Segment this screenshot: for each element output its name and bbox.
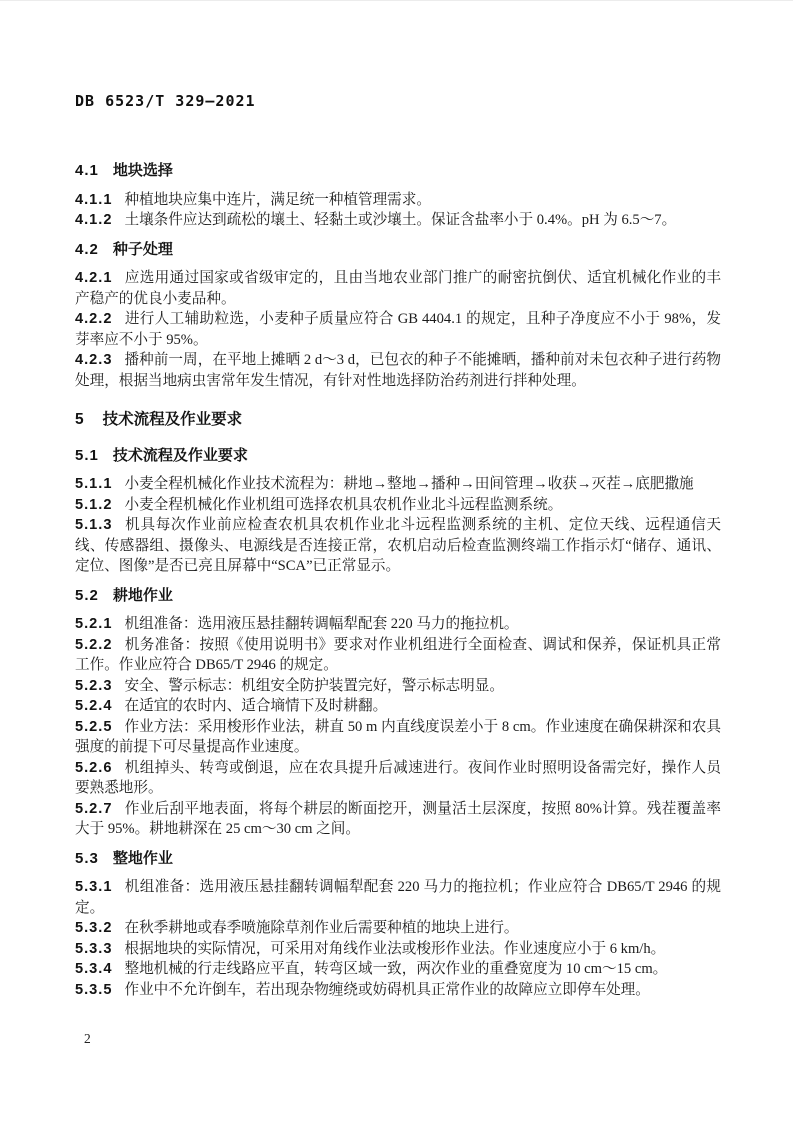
clause: 4.2.2进行人工辅助粒选，小麦种子质量应符合 GB 4404.1 的规定，且种… xyxy=(75,309,721,350)
clause: 4.2.3播种前一周，在平地上摊晒 2 d～3 d，已包衣的种子不能摊晒，播种前… xyxy=(75,350,721,391)
clause-text: 技术流程及作业要求 xyxy=(103,411,243,428)
section-heading: 4.2种子处理 xyxy=(75,240,721,261)
section-heading: 5技术流程及作业要求 xyxy=(75,410,721,431)
document-page: DB 6523/T 329—2021 4.1地块选择 4.1.1种植地块应集中连… xyxy=(0,0,793,1123)
clause: 5.2.1机组准备：选用液压悬挂翻转调幅犁配套 220 马力的拖拉机。 xyxy=(75,614,721,635)
clause-text: 整地机械的行走线路应平直，转弯区域一致，两次作业的重叠宽度为 10 cm～15 … xyxy=(124,961,667,977)
clause-number: 5.3.5 xyxy=(75,982,112,998)
clause-text: 根据地块的实际情况，可采用对角线作业法或梭形作业法。作业速度应小于 6 km/h… xyxy=(124,941,665,957)
clause-number: 4.2 xyxy=(75,241,99,258)
clause-text: 在秋季耕地或春季喷施除草剂作业后需要种植的地块上进行。 xyxy=(124,920,518,936)
clause-text: 在适宜的农时内、适合墒情下及时耕翻。 xyxy=(124,698,387,714)
clause-text: 作业方法：采用梭形作业法，耕直 50 m 内直线度误差小于 8 cm。作业速度在… xyxy=(75,719,721,756)
clause: 5.1.2小麦全程机械化作业机组可选择农机具农机作业北斗远程监测系统。 xyxy=(75,495,721,516)
clause-text: 机组准备：选用液压悬挂翻转调幅犁配套 220 马力的拖拉机。 xyxy=(124,616,518,632)
clause-text: 作业后刮平地表面，将每个耕层的断面挖开，测量活土层深度，按照 80%计算。残茬覆… xyxy=(75,801,721,838)
clause-number: 5.2.6 xyxy=(75,760,112,776)
clause-number: 5.3.2 xyxy=(75,920,112,936)
page-number: 2 xyxy=(84,1031,91,1047)
clause-text: 种植地块应集中连片，满足统一种植管理需求。 xyxy=(124,192,430,208)
clause-text: 耕地作业 xyxy=(113,587,173,604)
clause-number: 5.1 xyxy=(75,447,99,464)
clause-number: 4.1 xyxy=(75,162,99,179)
section-heading: 5.3整地作业 xyxy=(75,849,721,870)
clause-number: 5.3 xyxy=(75,850,99,867)
clause-number: 5 xyxy=(75,411,85,428)
clause: 5.2.2机务准备：按照《使用说明书》要求对作业机组进行全面检查、调试和保养，保… xyxy=(75,635,721,676)
clause-number: 4.1.2 xyxy=(75,212,112,228)
clause: 4.1.2土壤条件应达到疏松的壤土、轻黏土或沙壤土。保证含盐率小于 0.4%。p… xyxy=(75,210,721,231)
clause-number: 5.2.7 xyxy=(75,801,112,817)
clause: 5.3.1机组准备：选用液压悬挂翻转调幅犁配套 220 马力的拖拉机；作业应符合… xyxy=(75,877,721,918)
clause-number: 5.2.5 xyxy=(75,719,112,735)
document-body: 4.1地块选择 4.1.1种植地块应集中连片，满足统一种植管理需求。 4.1.2… xyxy=(75,161,721,1000)
clause-text: 技术流程及作业要求 xyxy=(113,447,248,464)
clause-number: 5.2.1 xyxy=(75,616,112,632)
section-heading: 5.1技术流程及作业要求 xyxy=(75,446,721,467)
clause-number: 5.1.3 xyxy=(75,517,112,533)
section-heading: 4.1地块选择 xyxy=(75,161,721,182)
clause-number: 4.1.1 xyxy=(75,192,112,208)
clause-number: 5.2.4 xyxy=(75,698,112,714)
clause-number: 5.3.3 xyxy=(75,941,112,957)
clause: 5.2.3安全、警示标志：机组安全防护装置完好，警示标志明显。 xyxy=(75,676,721,697)
clause-number: 5.2.3 xyxy=(75,678,112,694)
clause: 5.1.3机具每次作业前应检查农机具农机作业北斗远程监测系统的主机、定位天线、远… xyxy=(75,515,721,577)
clause-number: 4.2.2 xyxy=(75,311,112,327)
clause-text: 安全、警示标志：机组安全防护装置完好，警示标志明显。 xyxy=(124,678,503,694)
clause: 5.2.5作业方法：采用梭形作业法，耕直 50 m 内直线度误差小于 8 cm。… xyxy=(75,717,721,758)
clause-number: 4.2.1 xyxy=(75,270,112,286)
clause-text: 应选用通过国家或省级审定的，且由当地农业部门推广的耐密抗倒伏、适宜机械化作业的丰… xyxy=(75,270,721,307)
clause-text: 土壤条件应达到疏松的壤土、轻黏土或沙壤土。保证含盐率小于 0.4%。pH 为 6… xyxy=(124,212,676,228)
clause-text: 机具每次作业前应检查农机具农机作业北斗远程监测系统的主机、定位天线、远程通信天线… xyxy=(75,517,721,574)
clause: 5.3.5作业中不允许倒车，若出现杂物缠绕或妨碍机具正常作业的故障应立即停车处理… xyxy=(75,980,721,1001)
section-heading: 5.2耕地作业 xyxy=(75,586,721,607)
clause: 5.2.4在适宜的农时内、适合墒情下及时耕翻。 xyxy=(75,696,721,717)
clause-number: 5.2.2 xyxy=(75,637,112,653)
document-number: DB 6523/T 329—2021 xyxy=(75,92,256,110)
clause: 5.3.2在秋季耕地或春季喷施除草剂作业后需要种植的地块上进行。 xyxy=(75,918,721,939)
clause-text: 进行人工辅助粒选，小麦种子质量应符合 GB 4404.1 的规定，且种子净度应不… xyxy=(75,311,721,348)
clause-text: 小麦全程机械化作业机组可选择农机具农机作业北斗远程监测系统。 xyxy=(124,497,562,513)
clause-text: 作业中不允许倒车，若出现杂物缠绕或妨碍机具正常作业的故障应立即停车处理。 xyxy=(124,982,649,998)
clause: 5.3.3根据地块的实际情况，可采用对角线作业法或梭形作业法。作业速度应小于 6… xyxy=(75,939,721,960)
clause: 5.1.1小麦全程机械化作业技术流程为：耕地→整地→播种→田间管理→收获→灭茬→… xyxy=(75,474,721,495)
clause-number: 5.3.4 xyxy=(75,961,112,977)
clause-text: 机组掉头、转弯或倒退，应在农具提升后减速进行。夜间作业时照明设备需完好，操作人员… xyxy=(75,760,721,797)
clause: 4.1.1种植地块应集中连片，满足统一种植管理需求。 xyxy=(75,190,721,211)
clause-number: 5.3.1 xyxy=(75,879,112,895)
clause-text: 种子处理 xyxy=(113,241,173,258)
clause-text: 小麦全程机械化作业技术流程为：耕地→整地→播种→田间管理→收获→灭茬→底肥撒施 xyxy=(124,476,693,492)
clause-text: 播种前一周，在平地上摊晒 2 d～3 d，已包衣的种子不能摊晒，播种前对未包衣种… xyxy=(75,352,721,389)
clause: 4.2.1应选用通过国家或省级审定的，且由当地农业部门推广的耐密抗倒伏、适宜机械… xyxy=(75,268,721,309)
clause: 5.2.6机组掉头、转弯或倒退，应在农具提升后减速进行。夜间作业时照明设备需完好… xyxy=(75,758,721,799)
clause-number: 5.1.2 xyxy=(75,497,112,513)
clause-text: 机务准备：按照《使用说明书》要求对作业机组进行全面检查、调试和保养，保证机具正常… xyxy=(75,637,721,674)
clause-text: 地块选择 xyxy=(113,162,173,179)
clause-number: 4.2.3 xyxy=(75,352,112,368)
clause-text: 机组准备：选用液压悬挂翻转调幅犁配套 220 马力的拖拉机；作业应符合 DB65… xyxy=(75,879,721,916)
clause: 5.3.4整地机械的行走线路应平直，转弯区域一致，两次作业的重叠宽度为 10 c… xyxy=(75,959,721,980)
clause: 5.2.7作业后刮平地表面，将每个耕层的断面挖开，测量活土层深度，按照 80%计… xyxy=(75,799,721,840)
clause-number: 5.2 xyxy=(75,587,99,604)
clause-text: 整地作业 xyxy=(113,850,173,867)
clause-number: 5.1.1 xyxy=(75,476,112,492)
